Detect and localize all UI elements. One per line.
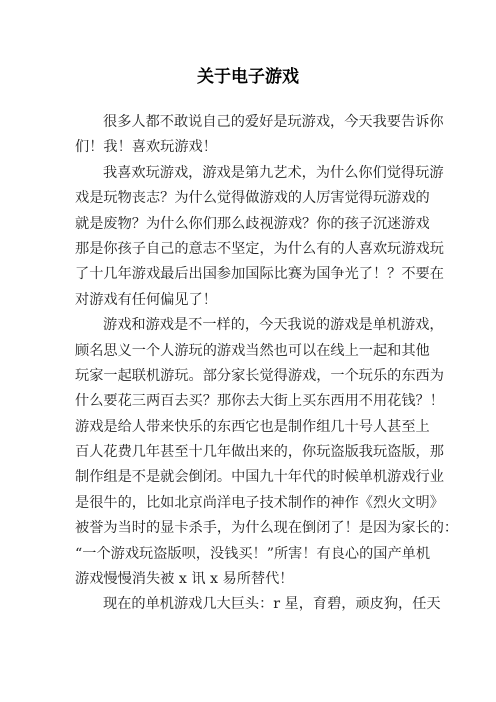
text-line: 制作组是不是就会倒闭。中国九十年代的时候单机游戏行业 (75, 465, 423, 490)
text-line: 顾名思义一个人游玩的游戏当然也可以在线上一起和其他 (75, 339, 423, 364)
text-line: 我喜欢玩游戏，游戏是第九艺术，为什么你们觉得玩游 (75, 161, 423, 186)
document-title: 关于电子游戏 (0, 62, 496, 87)
text-line: 了十几年游戏最后出国参加国际比赛为国争光了！？不要在 (75, 262, 423, 287)
text-line: 游戏是给人带来快乐的东西它也是制作组几十号人甚至上 (75, 415, 423, 440)
text-line: 游戏慢慢消失被 x 讯 x 易所替代！ (75, 567, 423, 592)
document-page: 关于电子游戏 很多人都不敢说自己的爱好是玩游戏，今天我要告诉你 们！我！喜欢玩游… (0, 0, 496, 702)
text-line: 很多人都不敢说自己的爱好是玩游戏，今天我要告诉你 (75, 110, 423, 135)
text-line: 们！我！喜欢玩游戏！ (75, 135, 423, 160)
text-line: 什么要花三两百去买？那你去大街上买东西用不用花钱？！ (75, 389, 423, 414)
text-line: 就是废物？为什么你们那么歧视游戏？你的孩子沉迷游戏 (75, 212, 423, 237)
text-line: 戏是玩物丧志？为什么觉得做游戏的人厉害觉得玩游戏的 (75, 186, 423, 211)
text-line: 百人花费几年甚至十几年做出来的，你玩盗版我玩盗版，那 (75, 440, 423, 465)
text-line: 被誉为当时的显卡杀手，为什么现在倒闭了！是因为家长的： (75, 516, 423, 541)
text-line: 那是你孩子自己的意志不坚定，为什么有的人喜欢玩游戏玩 (75, 237, 423, 262)
text-line: “一个游戏玩盗版呗，没钱买！”所害！有良心的国产单机 (75, 542, 423, 567)
text-line: 游戏和游戏是不一样的，今天我说的游戏是单机游戏， (75, 313, 423, 338)
text-line: 对游戏有任何偏见了！ (75, 288, 423, 313)
text-line: 玩家一起联机游玩。部分家长觉得游戏，一个玩乐的东西为 (75, 364, 423, 389)
text-line: 现在的单机游戏几大巨头：r 星，育碧，顽皮狗，任天 (75, 592, 423, 617)
text-line: 是很牛的，比如北京尚洋电子技术制作的神作《烈火文明》 (75, 491, 423, 516)
document-body: 很多人都不敢说自己的爱好是玩游戏，今天我要告诉你 们！我！喜欢玩游戏！ 我喜欢玩… (75, 110, 423, 618)
